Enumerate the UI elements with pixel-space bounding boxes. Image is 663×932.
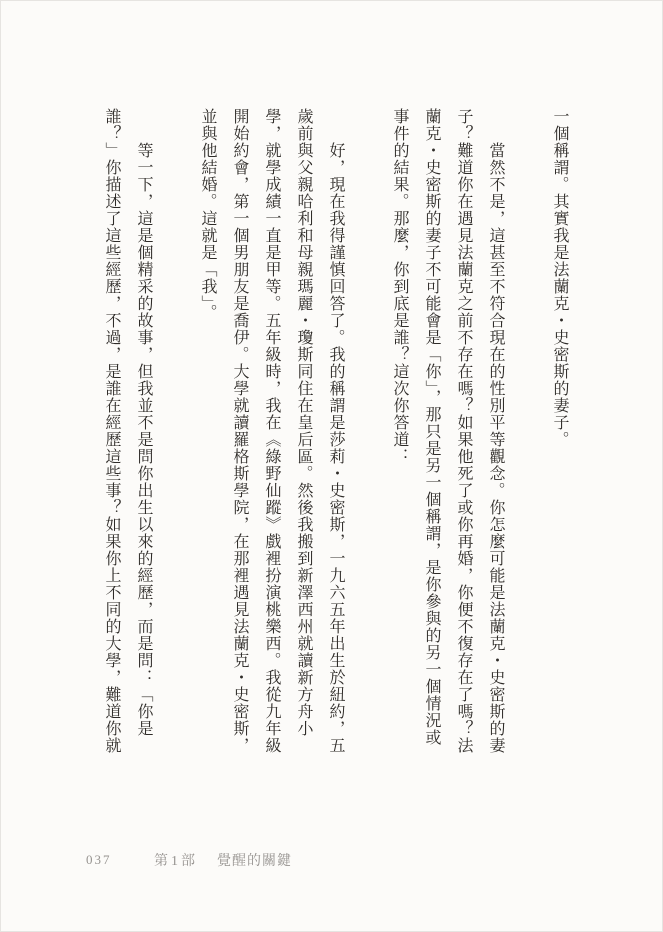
paragraph: 好，現在我得謹慎回答了。我的稱謂是莎莉・史密斯，一九六五年出生於紐約，五歲前與父… (191, 108, 351, 756)
page-footer: 037 第1部 覺醒的關鍵 (1, 850, 662, 872)
paragraph: 等一下，這是個精采的故事，但我並不是問你出生以來的經歷，而是問：「你是誰？」你描… (95, 108, 159, 756)
part-label: 第1部 (154, 850, 198, 870)
book-page: 一個稱謂。其實我是法蘭克・史密斯的妻子。 當然不是，這甚至不符合現在的性別平等觀… (0, 0, 663, 932)
chapter-title: 覺醒的關鍵 (217, 850, 292, 870)
paragraph: 一個稱謂。其實我是法蘭克・史密斯的妻子。 (543, 108, 575, 756)
body-text: 一個稱謂。其實我是法蘭克・史密斯的妻子。 當然不是，這甚至不符合現在的性別平等觀… (95, 108, 575, 756)
page-number: 037 (86, 852, 112, 868)
paragraph: 當然不是，這甚至不符合現在的性別平等觀念。你怎麼可能是法蘭克・史密斯的妻子？難道… (383, 108, 511, 756)
